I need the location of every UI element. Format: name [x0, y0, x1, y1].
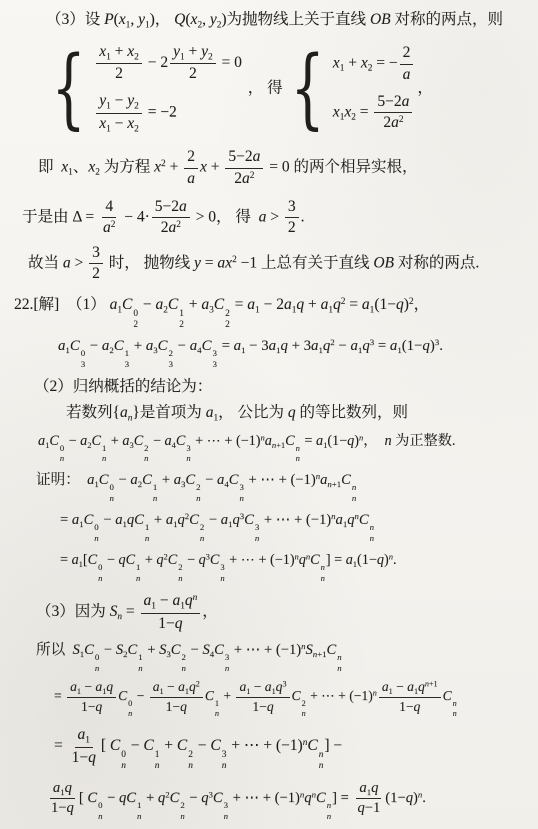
- system-row: x1 + x2 = −2a: [333, 44, 416, 84]
- sub-sup-stack: 0n: [110, 483, 114, 503]
- denominator: 2: [112, 64, 126, 83]
- subscript: 2: [133, 321, 138, 330]
- fraction: 5−2a2a2: [225, 148, 263, 188]
- sub-sup-stack: 1n: [153, 483, 157, 503]
- math-variable: n: [102, 453, 106, 463]
- numerator: a1: [75, 726, 93, 748]
- subscript: 1: [145, 20, 150, 30]
- fraction: a1 − a1qn+11−q: [379, 679, 441, 715]
- math-variable: q: [201, 790, 208, 806]
- subscript: n+1: [272, 440, 285, 450]
- numerator: 2: [400, 44, 414, 64]
- subscript: n: [321, 574, 325, 583]
- sub-sup-stack: 1n: [145, 523, 149, 543]
- math-variable: q: [396, 296, 404, 313]
- subscript: 1: [340, 64, 345, 74]
- math-variable: Q: [174, 11, 185, 28]
- math-variable: n: [144, 453, 148, 463]
- math-variable: x: [200, 159, 207, 176]
- superscript: n+1: [425, 680, 438, 689]
- fraction: a1q1−q: [48, 780, 77, 817]
- fraction: a11−q: [69, 726, 99, 767]
- subscript: n: [182, 664, 186, 673]
- math-variable: C: [171, 642, 181, 658]
- math-variable: q: [199, 552, 206, 568]
- math-variable: n: [136, 573, 140, 583]
- numerator: x1 + x2: [96, 43, 142, 65]
- subscript: 2: [368, 64, 373, 74]
- math-variable: a: [350, 338, 357, 354]
- math-variable: P: [104, 11, 113, 28]
- superscript: 0: [81, 349, 85, 358]
- math-variable: n: [321, 562, 325, 572]
- denominator: q−1: [354, 799, 383, 817]
- math-variable: n: [352, 493, 356, 503]
- subscript: 3: [125, 360, 129, 369]
- math-variable: n: [98, 811, 102, 821]
- math-variable: qC: [127, 512, 144, 528]
- math-variable: n: [255, 533, 259, 543]
- subscript: 3: [212, 360, 216, 369]
- sub-sup-stack: nn: [296, 444, 300, 463]
- sub-sup-stack: 0n: [95, 653, 99, 673]
- system-rows: x1 + x22 − 2y1 + y22 = 0y1 − y2x1 − x2 =…: [89, 43, 242, 135]
- superscript: 3: [435, 337, 439, 347]
- numerator: a1 − a1q3: [236, 679, 289, 698]
- p22-part3-sn-formula: （3）因为 Sn = a1 − a1qn1−q，: [36, 592, 534, 633]
- subscript: 1: [106, 52, 111, 62]
- math-variable: C: [185, 472, 195, 488]
- denominator: 1−q: [249, 698, 276, 715]
- math-variable: n: [220, 573, 224, 583]
- subscript: n: [98, 812, 102, 821]
- sub-sup-stack: nn: [453, 700, 457, 719]
- numerator: 2: [184, 148, 198, 168]
- subscript: 2: [179, 321, 184, 330]
- math-variable: n: [60, 453, 64, 463]
- math-variable: n: [296, 443, 300, 453]
- math-variable: a: [391, 114, 399, 131]
- superscript: 3: [212, 349, 216, 358]
- subscript: n: [255, 534, 259, 543]
- math-variable: n: [359, 432, 363, 442]
- math-variable: n: [327, 811, 331, 821]
- math-variable: y: [173, 43, 180, 60]
- superscript: 2: [399, 115, 404, 125]
- subscript: 1: [323, 440, 327, 450]
- math-variable: q: [371, 780, 378, 796]
- system-row: x1x2 = 5−2a2a2: [333, 93, 416, 133]
- math-variable: a: [336, 512, 343, 528]
- subscript: n: [128, 710, 132, 718]
- math-variable: a: [284, 296, 292, 313]
- math-variable: C: [158, 338, 168, 354]
- subscript: n: [370, 534, 374, 543]
- math-variable: a: [234, 338, 241, 354]
- math-variable: n: [319, 750, 324, 760]
- math-variable: C: [213, 790, 223, 806]
- p22-part2-label: （2）归纳概括的结论为：: [34, 377, 534, 397]
- subscript: n: [98, 574, 102, 583]
- superscript: n: [337, 653, 341, 662]
- fraction: 5−2a2a2: [152, 198, 190, 238]
- math-variable: n: [137, 811, 141, 821]
- denominator: 2: [186, 64, 200, 83]
- subscript: n: [225, 664, 229, 673]
- superscript: 1: [138, 653, 142, 662]
- superscript: 3: [370, 337, 374, 347]
- sub-sup-stack: nn: [370, 523, 374, 543]
- math-variable: C: [118, 688, 127, 703]
- subscript: n: [180, 812, 184, 821]
- numerator: 3: [89, 244, 103, 264]
- numerator: a1q: [50, 780, 75, 799]
- math-variable: OB: [373, 254, 394, 271]
- superscript: n: [370, 523, 374, 532]
- math-variable: n: [155, 761, 160, 771]
- superscript: 2: [180, 801, 184, 810]
- math-variable: C: [110, 737, 120, 754]
- math-variable: qC: [118, 552, 135, 568]
- denominator: 1−q: [396, 698, 423, 715]
- subscript: 1: [389, 687, 393, 696]
- math-variable: q: [347, 433, 354, 449]
- superscript: 2: [182, 653, 186, 662]
- sub-sup-stack: 12: [179, 310, 184, 331]
- math-variable: a: [153, 679, 160, 694]
- numerator: y1 − y2: [96, 92, 142, 114]
- fraction: a1 − a1q21−q: [150, 679, 203, 715]
- math-variable: q: [418, 679, 425, 694]
- subscript: n: [302, 710, 306, 718]
- superscript: n: [359, 432, 363, 442]
- subscript: 2: [197, 20, 202, 30]
- math-variable: C: [143, 737, 153, 754]
- math-variable: q: [185, 592, 193, 609]
- math-variable: q: [362, 338, 369, 354]
- superscript: n: [321, 563, 325, 572]
- denominator: 1−q: [78, 698, 105, 715]
- math-variable: n: [370, 522, 374, 532]
- superscript: 0: [133, 310, 138, 319]
- math-variable: C: [202, 338, 212, 354]
- subscript: n: [178, 574, 182, 583]
- math-variable: n: [145, 533, 149, 543]
- sub-sup-stack: 2n: [302, 700, 306, 719]
- math-variable: a: [70, 679, 77, 694]
- p21-3-discriminant: 于是由 Δ = 4a2 − 4·5−2a2a2 > 0， 得 a > 32.: [22, 198, 534, 238]
- math-variable: n: [138, 663, 142, 673]
- math-variable: n: [95, 663, 99, 673]
- subscript: n+1: [327, 479, 341, 489]
- subscript: 1: [353, 559, 357, 569]
- math-variable: a: [346, 552, 353, 568]
- math-variable: C: [310, 552, 319, 568]
- superscript: 3: [282, 680, 286, 689]
- fraction: 32: [285, 198, 299, 238]
- sub-sup-stack: 03: [81, 349, 85, 369]
- superscript: n: [327, 801, 331, 810]
- math-variable: a: [115, 512, 122, 528]
- math-variable: n: [272, 440, 276, 450]
- math-variable: y: [210, 11, 217, 28]
- math-variable: q: [296, 296, 304, 313]
- math-variable: n: [225, 663, 229, 673]
- subscript: 2: [351, 113, 356, 123]
- system-row: y1 − y2x1 − x2 = −2: [94, 92, 242, 134]
- numerator: a1q: [356, 780, 381, 799]
- subscript: n: [60, 454, 64, 463]
- math-variable: ax: [217, 254, 232, 271]
- sub-sup-stack: nn: [327, 801, 331, 821]
- math-variable: n: [153, 493, 157, 503]
- math-variable: C: [359, 512, 369, 528]
- math-variable: a: [242, 170, 250, 187]
- superscript: 1: [179, 310, 184, 319]
- math-variable: q: [67, 800, 74, 816]
- subscript: n: [102, 454, 106, 463]
- math-variable: C: [134, 433, 143, 449]
- superscript: n: [193, 593, 198, 603]
- math-variable: n: [180, 811, 184, 821]
- subscript: 3: [81, 360, 85, 369]
- p21-3-intro: （3）设 P(x1, y1)， Q(x2, y2)为抛物线上关于直线 OB 对称…: [46, 10, 534, 31]
- sub-sup-stack: 0n: [98, 563, 102, 582]
- sub-sup-stack: 02: [133, 310, 138, 331]
- math-variable: a: [402, 93, 410, 110]
- denominator: a2: [100, 218, 118, 237]
- math-variable: n: [186, 453, 190, 463]
- math-variable: q: [333, 296, 341, 313]
- math-variable: n: [453, 709, 457, 718]
- sub-sup-stack: 3n: [225, 653, 229, 673]
- subscript: 1: [370, 305, 375, 315]
- subscript: n: [188, 762, 193, 771]
- numerator: a1 − a1qn: [141, 592, 201, 614]
- superscript: n: [319, 751, 324, 760]
- sub-sup-stack: 0n: [60, 444, 64, 463]
- superscript: n: [389, 551, 393, 561]
- math-variable: n: [224, 811, 228, 821]
- math-variable: a: [190, 338, 197, 354]
- subscript: n: [94, 534, 98, 543]
- math-variable: y: [138, 11, 145, 28]
- math-variable: a: [187, 170, 195, 187]
- math-variable: n: [196, 493, 200, 503]
- subscript: n: [186, 454, 190, 463]
- system-row: x1 + x22 − 2y1 + y22 = 0: [94, 43, 242, 84]
- p22-part2-general-formula: a1C0n − a2C1n + a3C2n − a4C3n + ⋯ + (−1)…: [38, 432, 534, 463]
- math-variable: C: [122, 296, 132, 313]
- math-variable: a: [362, 296, 370, 313]
- fraction: 2a: [184, 148, 198, 188]
- subscript: n: [337, 664, 341, 673]
- math-variable: n: [327, 800, 331, 810]
- math-variable: n: [321, 573, 325, 583]
- math-variable: C: [88, 552, 97, 568]
- math-variable: C: [443, 688, 452, 703]
- sub-sup-stack: nn: [352, 483, 356, 503]
- left-brace-icon: {: [290, 49, 324, 129]
- superscript: 2: [144, 444, 148, 453]
- superscript: 2: [169, 349, 173, 358]
- equation-system: {x1 + x2 = −2ax1x2 = 5−2a2a2: [289, 44, 416, 132]
- math-variable: x: [361, 55, 368, 72]
- subscript: 1: [106, 102, 111, 112]
- p21-3-conclusion: 故当 a > 32 时， 抛物线 y = ax2 −1 上总有关于直线 OB 对…: [28, 244, 534, 284]
- numerator: 5−2a: [374, 93, 412, 113]
- math-variable: a: [130, 472, 137, 488]
- p22-part1-eq-n2: 22.[解] （1） a1C02 − a2C12 + a3C22 = a1 − …: [14, 295, 534, 330]
- superscript: 3: [186, 444, 190, 453]
- sub-sup-stack: 1n: [215, 700, 219, 719]
- superscript: 3: [239, 483, 243, 492]
- superscript: n: [373, 689, 377, 698]
- subscript: 1: [180, 52, 185, 62]
- math-variable: S: [73, 642, 80, 658]
- math-variable: a: [120, 404, 128, 421]
- superscript: 1: [136, 563, 140, 572]
- sub-sup-stack: 33: [212, 349, 216, 369]
- math-variable: a: [179, 198, 187, 215]
- math-variable: n: [239, 493, 243, 503]
- superscript: 0: [98, 563, 102, 572]
- math-variable: a: [72, 552, 79, 568]
- denominator: 1−q: [48, 799, 77, 817]
- subscript: n: [145, 534, 149, 543]
- fraction: 4a2: [100, 198, 118, 238]
- superscript: 3: [222, 751, 227, 760]
- subscript: n: [296, 454, 300, 463]
- fraction: 5−2a2a2: [374, 93, 412, 133]
- math-variable: C: [285, 433, 294, 449]
- sub-sup-stack: 3n: [224, 801, 228, 821]
- p22-part2-proof-lhs: 证明： a1C0n − a2C1n + a3C2n − a4C3n + ⋯ + …: [36, 471, 534, 503]
- math-variable: C: [142, 472, 152, 488]
- superscript: 0: [128, 700, 132, 708]
- subscript: 1: [85, 736, 90, 746]
- math-variable: a: [103, 219, 111, 236]
- sub-sup-stack: 3n: [186, 444, 190, 463]
- math-variable: q: [106, 679, 113, 694]
- subscript: n: [220, 574, 224, 583]
- math-variable: y: [194, 254, 201, 271]
- math-variable: n: [373, 689, 377, 698]
- subscript: n: [319, 762, 324, 771]
- denominator: 2a2: [380, 113, 406, 132]
- subscript: 1: [79, 559, 83, 569]
- math-variable: C: [84, 642, 94, 658]
- math-variable: a: [316, 433, 323, 449]
- subscript: 2: [134, 124, 139, 134]
- math-variable: n: [370, 533, 374, 543]
- denominator: 2: [89, 264, 103, 283]
- math-variable: C: [87, 790, 97, 806]
- math-variable: a: [407, 679, 414, 694]
- math-variable: a: [221, 512, 228, 528]
- sub-sup-stack: 2n: [200, 523, 204, 543]
- math-variable: n: [302, 709, 306, 718]
- sub-sup-stack: 2n: [178, 563, 182, 582]
- superscript: 2: [330, 337, 334, 347]
- math-variable: q: [422, 338, 429, 354]
- sub-sup-stack: 2n: [144, 444, 148, 463]
- math-variable: C: [176, 433, 185, 449]
- math-variable: C: [229, 472, 239, 488]
- subscript: 3: [169, 360, 173, 369]
- sub-sup-stack: 13: [125, 349, 129, 369]
- denominator: 2: [285, 218, 299, 237]
- superscript: 2: [225, 310, 230, 319]
- subscript: n: [215, 710, 219, 718]
- math-variable: C: [189, 512, 199, 528]
- math-variable: C: [168, 552, 177, 568]
- subscript: 1: [151, 601, 156, 611]
- math-variable: x: [333, 103, 340, 120]
- subscript: 1: [255, 305, 260, 315]
- math-variable: C: [210, 737, 220, 754]
- math-variable: C: [292, 688, 301, 703]
- fraction: a1 − a1q31−q: [236, 679, 289, 715]
- math-variable: S: [306, 642, 313, 658]
- p21-3-systems: {x1 + x22 − 2y1 + y22 = 0y1 − y2x1 − x2 …: [48, 43, 534, 135]
- fraction: y1 − y2x1 − x2: [96, 92, 142, 134]
- subscript: n: [153, 494, 157, 503]
- superscript: 3: [255, 523, 259, 532]
- math-variable: n: [200, 533, 204, 543]
- superscript: 2: [196, 680, 200, 689]
- p21-3-roots-statement: 即 x1、x2 为方程 x2 + 2ax + 5−2a2a2 = 0 的两个相异…: [38, 148, 534, 188]
- math-variable: n: [188, 761, 193, 771]
- sub-sup-stack: 23: [169, 349, 173, 369]
- math-variable: n: [215, 709, 219, 718]
- math-variable: n: [385, 433, 392, 449]
- math-variable: C: [114, 338, 124, 354]
- numerator: 3: [285, 198, 299, 218]
- sub-sup-stack: 1n: [136, 563, 140, 582]
- math-variable: n: [178, 573, 182, 583]
- math-variable: a: [359, 780, 366, 796]
- subscript: 1: [397, 345, 401, 355]
- subscript: 1: [126, 20, 131, 30]
- subscript: n: [121, 762, 126, 771]
- math-variable: a: [165, 433, 172, 449]
- denominator: 1−q: [163, 698, 190, 715]
- sub-sup-stack: 3n: [239, 483, 243, 503]
- sub-sup-stack: 2n: [180, 801, 184, 821]
- math-variable: x: [333, 55, 340, 72]
- superscript: 2: [200, 523, 204, 532]
- math-variable: a: [382, 679, 389, 694]
- subscript: n: [239, 494, 243, 503]
- math-variable: q: [88, 749, 96, 766]
- math-variable: C: [326, 642, 336, 658]
- subscript: 2: [225, 321, 230, 330]
- superscript: 1: [102, 444, 106, 453]
- numerator: y1 + y2: [170, 43, 216, 65]
- subscript: n: [110, 494, 114, 503]
- subscript: 1: [160, 687, 164, 696]
- math-variable: C: [210, 552, 219, 568]
- math-variable: q: [180, 699, 187, 714]
- math-variable: q: [95, 699, 102, 714]
- math-variable: C: [214, 296, 224, 313]
- superscript: 2: [196, 483, 200, 492]
- sub-sup-stack: 0n: [128, 700, 132, 719]
- sub-sup-stack: 2n: [182, 653, 186, 673]
- subscript: n: [138, 664, 142, 673]
- math-variable: n: [121, 761, 126, 771]
